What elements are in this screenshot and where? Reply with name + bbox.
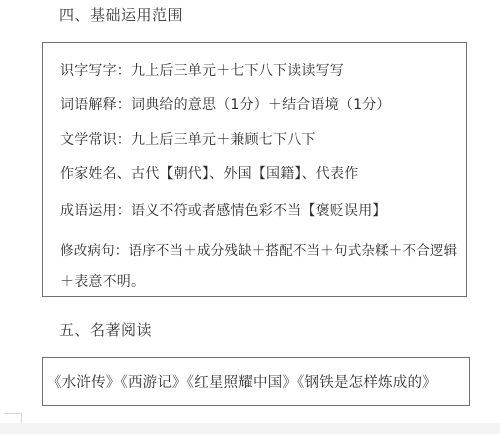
line-literary-knowledge: 文学常识：九上后三单元＋兼顾七下八下 (60, 129, 316, 149)
book-list: 《水浒传》《西游记》《红星照耀中国》《钢铁是怎样炼成的》 (47, 371, 437, 392)
line-sentence-correction: 修改病句：语序不当＋成分残缺＋搭配不当＋句式杂糅＋不合逻辑 (60, 239, 457, 259)
section-five-heading: 五、名著阅读 (59, 319, 152, 340)
basics-box: 识字写字：九上后三单元＋七下八下读读写写 词语解释：词典给的意思（1分）＋结合语… (42, 42, 467, 297)
line-author-info: 作家姓名、古代【朝代】、外国【国籍】、代表作 (60, 163, 358, 183)
line-sentence-correction-cont: ＋表意不明。 (60, 271, 145, 291)
bottom-strip (0, 423, 500, 434)
section-four-heading: 四、基础运用范围 (59, 4, 183, 25)
classics-box: 《水浒传》《西游记》《红星照耀中国》《钢铁是怎样炼成的》 (42, 357, 470, 406)
line-word-explanation: 词语解释：词典给的意思（1分）＋结合语境（1分） (60, 94, 391, 114)
line-idiom-usage: 成语运用：语义不符或者感情色彩不当【褒贬误用】 (60, 200, 387, 220)
line-character-writing: 识字写字：九上后三单元＋七下八下读读写写 (60, 60, 344, 80)
